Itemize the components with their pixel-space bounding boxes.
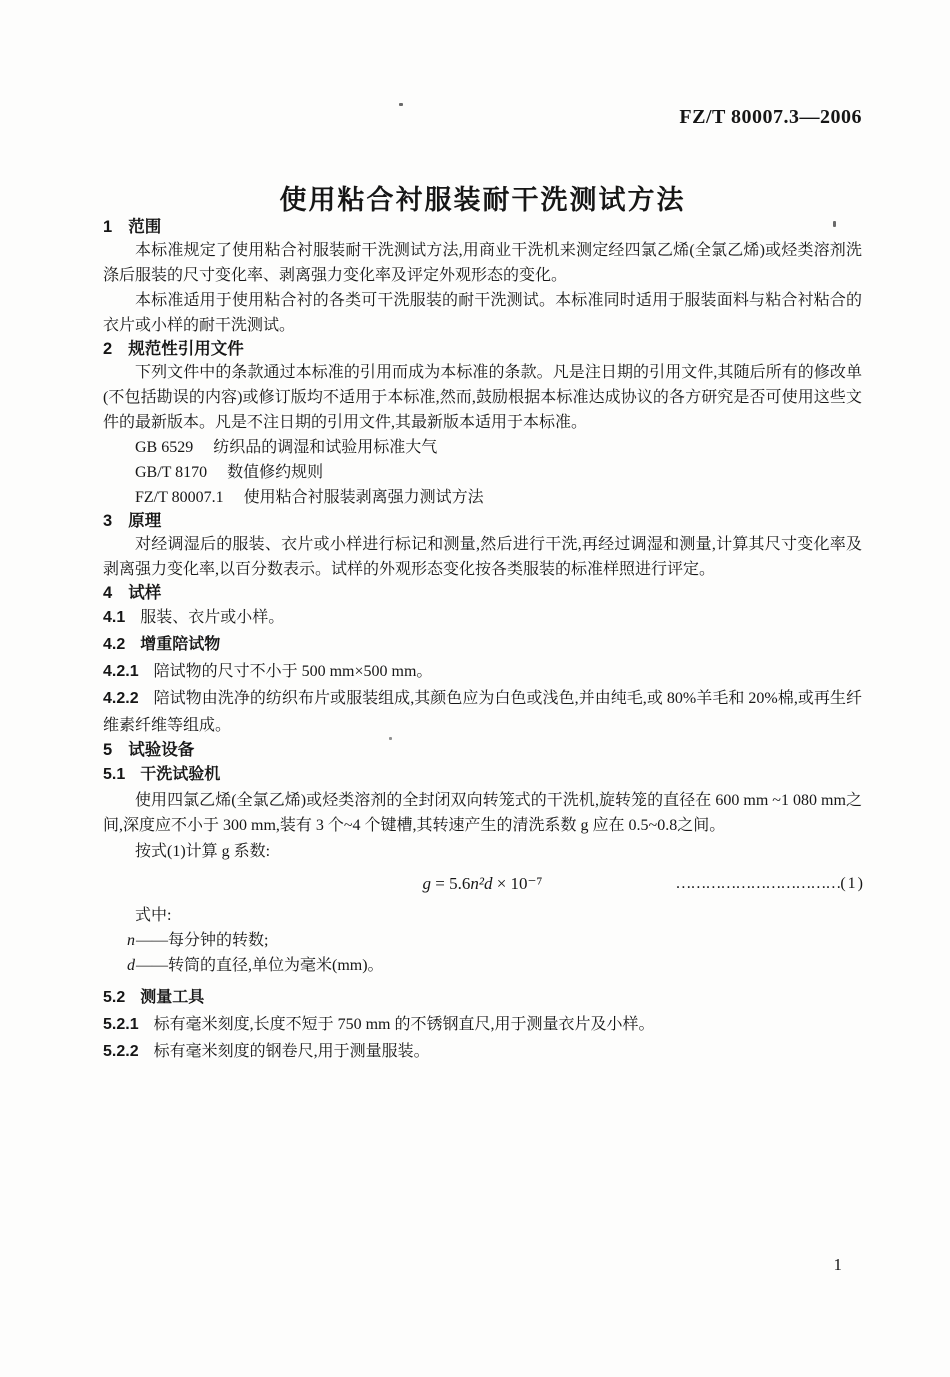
- clause-4-2-1: 4.2.1陪试物的尺寸不小于 500 mm×500 mm。: [103, 658, 862, 685]
- formula-number: ( 1 ): [840, 875, 862, 892]
- reference-title: 纺织品的调湿和试验用标准大气: [213, 439, 437, 456]
- where-item-d: d——转筒的直径,单位为毫米(mm)。: [103, 953, 862, 978]
- reference-code: GB 6529: [135, 439, 193, 456]
- section-title: 原理: [128, 512, 161, 530]
- section-equipment-heading: 5试验设备: [103, 739, 862, 761]
- section-number: 4: [103, 584, 112, 602]
- clause-4-2-2: 4.2.2陪试物由洗净的纺织布片或服装组成,其颜色应为白色或浅色,并由纯毛,或 …: [103, 685, 862, 739]
- reference-item: GB/T 8170数值修约规则: [103, 460, 862, 485]
- clause-text: 陪试物的尺寸不小于 500 mm×500 mm。: [154, 663, 433, 680]
- formula-intro: 按式(1)计算 g 系数:: [103, 839, 862, 864]
- formula-var-g: g: [423, 874, 432, 893]
- section-specimen-heading: 4试样: [103, 582, 862, 604]
- document-page: FZ/T 80007.3—2006 使用粘合衬服装耐干洗测试方法 1范围 本标准…: [0, 0, 950, 1377]
- reference-item: GB 6529纺织品的调湿和试验用标准大气: [103, 435, 862, 460]
- clause-5-2-2: 5.2.2标有毫米刻度的钢卷尺,用于测量服装。: [103, 1038, 862, 1065]
- principle-paragraph: 对经调湿后的服装、衣片或小样进行标记和测量,然后进行干洗,再经过调湿和测量,计算…: [103, 532, 862, 582]
- page-number: 1: [834, 1252, 843, 1277]
- clause-number: 5.2.2: [103, 1043, 139, 1060]
- reference-item: FZ/T 80007.1使用粘合衬服装剥离强力测试方法: [103, 485, 862, 510]
- normative-paragraph: 下列文件中的条款通过本标准的引用而成为本标准的条款。凡是注日期的引用文件,其随后…: [103, 360, 862, 435]
- formula-leader: ……………………………: [675, 875, 840, 892]
- clause-number: 5.2.1: [103, 1016, 139, 1033]
- section-number: 3: [103, 512, 112, 530]
- section-number: 1: [103, 218, 112, 236]
- reference-code: FZ/T 80007.1: [135, 489, 224, 506]
- document-title: 使用粘合衬服装耐干洗测试方法: [103, 184, 862, 216]
- scope-paragraph-2: 本标准适用于使用粘合衬的各类可干洗服装的耐干洗测试。本标准同时适用于服装面料与粘…: [103, 288, 862, 338]
- standard-code: FZ/T 80007.3—2006: [103, 106, 862, 128]
- clause-text: 增重陪试物: [140, 636, 220, 653]
- scan-artifact: [399, 103, 403, 106]
- clause-number: 4.2.1: [103, 663, 139, 680]
- section-scope-heading: 1范围: [103, 216, 862, 238]
- clause-number: 4.1: [103, 609, 125, 626]
- clause-number: 5.1: [103, 766, 125, 783]
- where-label: 式中:: [103, 903, 862, 928]
- section-number: 5: [103, 741, 112, 759]
- section-title: 试验设备: [128, 741, 194, 759]
- formula-expression: g = 5.6n²d × 10⁻⁷: [423, 874, 543, 893]
- reference-title: 使用粘合衬服装剥离强力测试方法: [244, 489, 484, 506]
- section-principle-heading: 3原理: [103, 510, 862, 532]
- where-desc: ——每分钟的转数;: [136, 932, 268, 949]
- clause-number: 4.2: [103, 636, 125, 653]
- clause-text: 测量工具: [140, 989, 204, 1006]
- section-number: 2: [103, 340, 112, 358]
- where-var: d: [127, 957, 135, 974]
- where-item-n: n——每分钟的转数;: [103, 928, 862, 953]
- where-var: n: [127, 932, 135, 949]
- scope-paragraph-1: 本标准规定了使用粘合衬服装耐干洗测试方法,用商业干洗机来测定经四氯乙烯(全氯乙烯…: [103, 238, 862, 288]
- scan-artifact: [389, 737, 392, 740]
- clause-4-1: 4.1服装、衣片或小样。: [103, 604, 862, 631]
- reference-title: 数值修约规则: [227, 464, 323, 481]
- formula-var-nd: n²d: [470, 874, 492, 893]
- section-title: 规范性引用文件: [128, 340, 244, 358]
- clause-text: 标有毫米刻度的钢卷尺,用于测量服装。: [154, 1043, 430, 1060]
- clause-text: 干洗试验机: [140, 766, 220, 783]
- clause-number: 4.2.2: [103, 690, 139, 707]
- clause-5-2-1: 5.2.1标有毫米刻度,长度不短于 750 mm 的不锈钢直尺,用于测量衣片及小…: [103, 1011, 862, 1038]
- clause-text: 陪试物由洗净的纺织布片或服装组成,其颜色应为白色或浅色,并由纯毛,或 80%羊毛…: [103, 690, 862, 734]
- clause-text: 标有毫米刻度,长度不短于 750 mm 的不锈钢直尺,用于测量衣片及小样。: [154, 1016, 655, 1033]
- clause-5-2: 5.2测量工具: [103, 984, 862, 1011]
- formula-1: g = 5.6n²d × 10⁻⁷ ……………………………( 1 ): [103, 871, 862, 897]
- clause-5-1: 5.1干洗试验机: [103, 761, 862, 788]
- reference-code: GB/T 8170: [135, 464, 207, 481]
- section-title: 试样: [128, 584, 161, 602]
- section-title: 范围: [128, 218, 161, 236]
- page-content: FZ/T 80007.3—2006 使用粘合衬服装耐干洗测试方法 1范围 本标准…: [0, 106, 950, 1065]
- equipment-paragraph: 使用四氯乙烯(全氯乙烯)或烃类溶剂的全封闭双向转笼式的干洗机,旋转笼的直径在 6…: [103, 788, 862, 838]
- clause-4-2: 4.2增重陪试物: [103, 631, 862, 658]
- clause-number: 5.2: [103, 989, 125, 1006]
- clause-text: 服装、衣片或小样。: [140, 609, 284, 626]
- formula-leader-number: ……………………………( 1 ): [675, 871, 862, 896]
- section-normative-heading: 2规范性引用文件: [103, 338, 862, 360]
- where-desc: ——转筒的直径,单位为毫米(mm)。: [136, 957, 384, 974]
- scan-artifact: [833, 221, 836, 227]
